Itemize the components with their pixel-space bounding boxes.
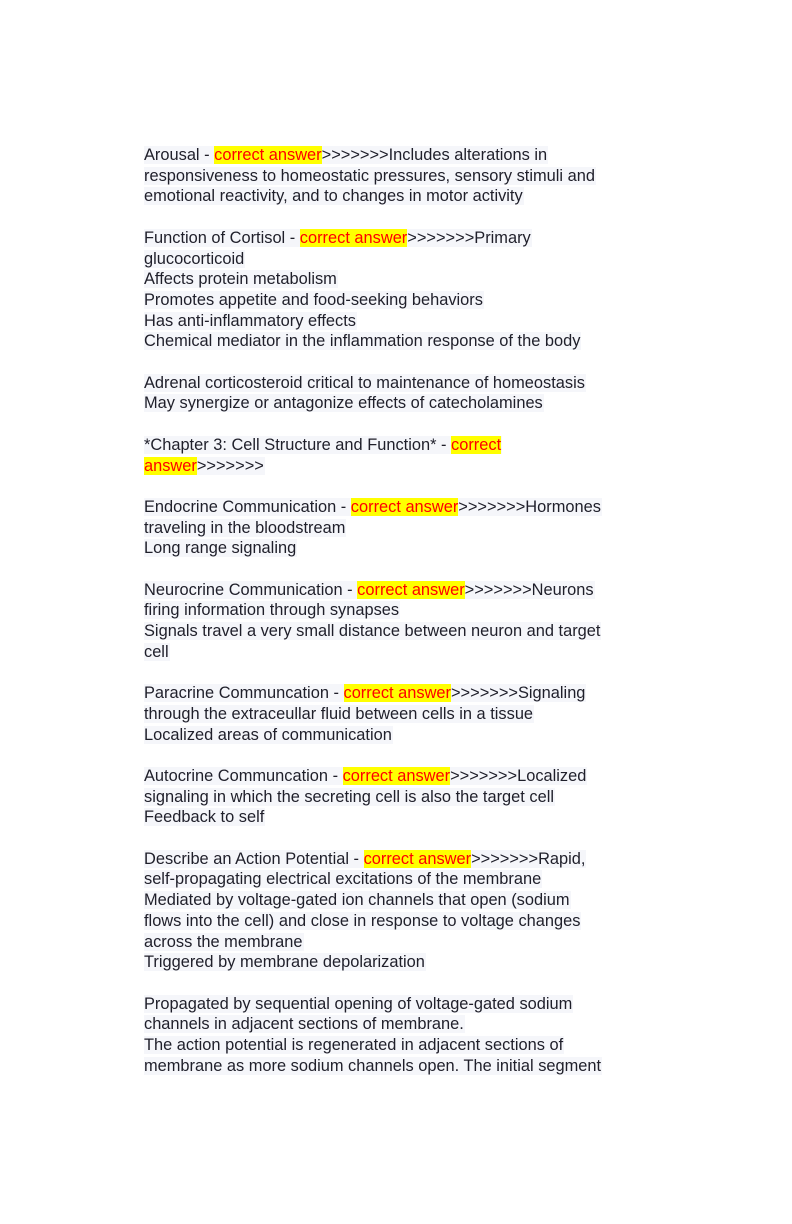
line-text-segment: signaling in which the secreting cell is… <box>144 788 554 806</box>
line-text-segment: across the membrane <box>144 933 303 951</box>
line-text: answer>>>>>>> <box>144 457 265 475</box>
line-text-segment: Neurocrine Communication - <box>144 581 357 599</box>
line-text: responsiveness to homeostatic pressures,… <box>144 167 596 185</box>
line-text-segment: >>>>>>>Hormones <box>458 498 601 516</box>
line-text: flows into the cell) and close in respon… <box>144 912 581 930</box>
text-line: membrane as more sodium channels open. T… <box>144 1056 664 1077</box>
line-text: Propagated by sequential opening of volt… <box>144 995 573 1013</box>
line-text-segment: Mediated by voltage-gated ion channels t… <box>144 891 570 909</box>
line-text-segment: Promotes appetite and food-seeking behav… <box>144 291 483 309</box>
answer-highlight: correct answer <box>357 581 464 599</box>
line-text-segment: May synergize or antagonize effects of c… <box>144 394 543 412</box>
line-text: Feedback to self <box>144 808 265 826</box>
line-text: May synergize or antagonize effects of c… <box>144 394 544 412</box>
answer-highlight: correct answer <box>300 229 407 247</box>
line-text: emotional reactivity, and to changes in … <box>144 187 524 205</box>
line-text: across the membrane <box>144 933 304 951</box>
line-text: self-propagating electrical excitations … <box>144 870 542 888</box>
text-line: Paracrine Communcation - correct answer>… <box>144 683 664 704</box>
line-text-segment: glucocorticoid <box>144 250 244 268</box>
line-text-segment: *Chapter 3: Cell Structure and Function*… <box>144 436 451 454</box>
text-line: signaling in which the secreting cell is… <box>144 787 664 808</box>
line-text: Localized areas of communication <box>144 726 393 744</box>
line-text: Adrenal corticosteroid critical to maint… <box>144 374 586 392</box>
line-text: traveling in the bloodstream <box>144 519 346 537</box>
text-line: Function of Cortisol - correct answer>>>… <box>144 228 664 249</box>
document-page: Arousal - correct answer>>>>>>>Includes … <box>144 145 664 1097</box>
line-text: Has anti-inflammatory effects <box>144 312 357 330</box>
text-line: Triggered by membrane depolarization <box>144 952 664 973</box>
line-text-segment: Autocrine Communcation - <box>144 767 343 785</box>
text-line: through the extraceullar fluid between c… <box>144 704 664 725</box>
text-line: self-propagating electrical excitations … <box>144 869 664 890</box>
text-line: traveling in the bloodstream <box>144 518 664 539</box>
line-text: Paracrine Communcation - correct answer>… <box>144 684 586 702</box>
text-line: Localized areas of communication <box>144 725 664 746</box>
paragraph: *Chapter 3: Cell Structure and Function*… <box>144 435 664 476</box>
text-line: Arousal - correct answer>>>>>>>Includes … <box>144 145 664 166</box>
line-text: Neurocrine Communication - correct answe… <box>144 581 595 599</box>
paragraph: Neurocrine Communication - correct answe… <box>144 580 664 663</box>
line-text: membrane as more sodium channels open. T… <box>144 1057 602 1075</box>
line-text: Arousal - correct answer>>>>>>>Includes … <box>144 146 548 164</box>
line-text-segment: Propagated by sequential opening of volt… <box>144 995 572 1013</box>
paragraph: Propagated by sequential opening of volt… <box>144 994 664 1077</box>
text-line: Mediated by voltage-gated ion channels t… <box>144 890 664 911</box>
answer-highlight: correct answer <box>343 767 450 785</box>
line-text: Function of Cortisol - correct answer>>>… <box>144 229 532 247</box>
line-text: *Chapter 3: Cell Structure and Function*… <box>144 436 502 454</box>
answer-highlight: correct answer <box>214 146 321 164</box>
line-text: channels in adjacent sections of membran… <box>144 1015 465 1033</box>
line-text: Triggered by membrane depolarization <box>144 953 426 971</box>
text-line: Affects protein metabolism <box>144 269 664 290</box>
text-line: Describe an Action Potential - correct a… <box>144 849 664 870</box>
text-line: *Chapter 3: Cell Structure and Function*… <box>144 435 664 456</box>
line-text-segment: Feedback to self <box>144 808 264 826</box>
line-text: The action potential is regenerated in a… <box>144 1036 564 1054</box>
paragraph: Endocrine Communication - correct answer… <box>144 497 664 559</box>
line-text-segment: membrane as more sodium channels open. T… <box>144 1057 601 1075</box>
line-text-segment: >>>>>>>Primary <box>407 229 530 247</box>
paragraph: Adrenal corticosteroid critical to maint… <box>144 373 664 414</box>
line-text: signaling in which the secreting cell is… <box>144 788 555 806</box>
line-text-segment: >>>>>>>Includes alterations in <box>322 146 548 164</box>
line-text-segment: Affects protein metabolism <box>144 270 337 288</box>
line-text: cell <box>144 643 170 661</box>
line-text-segment: Adrenal corticosteroid critical to maint… <box>144 374 585 392</box>
line-text-segment: The action potential is regenerated in a… <box>144 1036 563 1054</box>
line-text: Chemical mediator in the inflammation re… <box>144 332 581 350</box>
text-line: across the membrane <box>144 932 664 953</box>
answer-highlight: answer <box>144 457 197 475</box>
line-text-segment: firing information through synapses <box>144 601 399 619</box>
answer-highlight: correct <box>451 436 501 454</box>
line-text: Describe an Action Potential - correct a… <box>144 850 586 868</box>
line-text: Affects protein metabolism <box>144 270 338 288</box>
line-text-segment: Function of Cortisol - <box>144 229 300 247</box>
line-text-segment: >>>>>>>Neurons <box>465 581 594 599</box>
line-text-segment: emotional reactivity, and to changes in … <box>144 187 523 205</box>
line-text: Signals travel a very small distance bet… <box>144 622 601 640</box>
line-text-segment: Signals travel a very small distance bet… <box>144 622 600 640</box>
line-text-segment: responsiveness to homeostatic pressures,… <box>144 167 595 185</box>
paragraph: Describe an Action Potential - correct a… <box>144 849 664 973</box>
answer-highlight: correct answer <box>344 684 451 702</box>
text-line: Has anti-inflammatory effects <box>144 311 664 332</box>
line-text-segment: Localized areas of communication <box>144 726 392 744</box>
line-text: Endocrine Communication - correct answer… <box>144 498 602 516</box>
text-line: answer>>>>>>> <box>144 456 664 477</box>
line-text: through the extraceullar fluid between c… <box>144 705 534 723</box>
paragraph: Function of Cortisol - correct answer>>>… <box>144 228 664 352</box>
line-text: Autocrine Communcation - correct answer>… <box>144 767 587 785</box>
paragraph: Paracrine Communcation - correct answer>… <box>144 683 664 745</box>
text-line: Chemical mediator in the inflammation re… <box>144 331 664 352</box>
line-text-segment: channels in adjacent sections of membran… <box>144 1015 464 1033</box>
text-line: responsiveness to homeostatic pressures,… <box>144 166 664 187</box>
text-line: Endocrine Communication - correct answer… <box>144 497 664 518</box>
line-text-segment: Endocrine Communication - <box>144 498 351 516</box>
text-line: May synergize or antagonize effects of c… <box>144 393 664 414</box>
text-line: Signals travel a very small distance bet… <box>144 621 664 642</box>
line-text-segment: >>>>>>>Rapid, <box>471 850 585 868</box>
text-line: Propagated by sequential opening of volt… <box>144 994 664 1015</box>
line-text-segment: flows into the cell) and close in respon… <box>144 912 580 930</box>
line-text-segment: through the extraceullar fluid between c… <box>144 705 533 723</box>
line-text: firing information through synapses <box>144 601 400 619</box>
line-text-segment: Arousal - <box>144 146 214 164</box>
line-text-segment: >>>>>>> <box>197 457 264 475</box>
line-text: glucocorticoid <box>144 250 245 268</box>
line-text-segment: cell <box>144 643 169 661</box>
text-line: Promotes appetite and food-seeking behav… <box>144 290 664 311</box>
line-text-segment: Paracrine Communcation - <box>144 684 344 702</box>
line-text: Mediated by voltage-gated ion channels t… <box>144 891 571 909</box>
text-line: flows into the cell) and close in respon… <box>144 911 664 932</box>
line-text-segment: Has anti-inflammatory effects <box>144 312 356 330</box>
text-line: emotional reactivity, and to changes in … <box>144 186 664 207</box>
answer-highlight: correct answer <box>351 498 458 516</box>
text-line: The action potential is regenerated in a… <box>144 1035 664 1056</box>
text-line: Adrenal corticosteroid critical to maint… <box>144 373 664 394</box>
line-text-segment: >>>>>>>Localized <box>450 767 586 785</box>
line-text-segment: Long range signaling <box>144 539 296 557</box>
answer-highlight: correct answer <box>364 850 471 868</box>
text-line: channels in adjacent sections of membran… <box>144 1014 664 1035</box>
line-text: Long range signaling <box>144 539 297 557</box>
text-line: glucocorticoid <box>144 249 664 270</box>
line-text-segment: self-propagating electrical excitations … <box>144 870 541 888</box>
text-line: Feedback to self <box>144 807 664 828</box>
text-line: Neurocrine Communication - correct answe… <box>144 580 664 601</box>
text-line: cell <box>144 642 664 663</box>
text-line: Long range signaling <box>144 538 664 559</box>
line-text-segment: traveling in the bloodstream <box>144 519 345 537</box>
paragraph: Arousal - correct answer>>>>>>>Includes … <box>144 145 664 207</box>
line-text-segment: >>>>>>>Signaling <box>451 684 585 702</box>
line-text-segment: Chemical mediator in the inflammation re… <box>144 332 580 350</box>
line-text-segment: Triggered by membrane depolarization <box>144 953 425 971</box>
text-line: firing information through synapses <box>144 600 664 621</box>
line-text: Promotes appetite and food-seeking behav… <box>144 291 484 309</box>
text-line: Autocrine Communcation - correct answer>… <box>144 766 664 787</box>
paragraph: Autocrine Communcation - correct answer>… <box>144 766 664 828</box>
line-text-segment: Describe an Action Potential - <box>144 850 364 868</box>
